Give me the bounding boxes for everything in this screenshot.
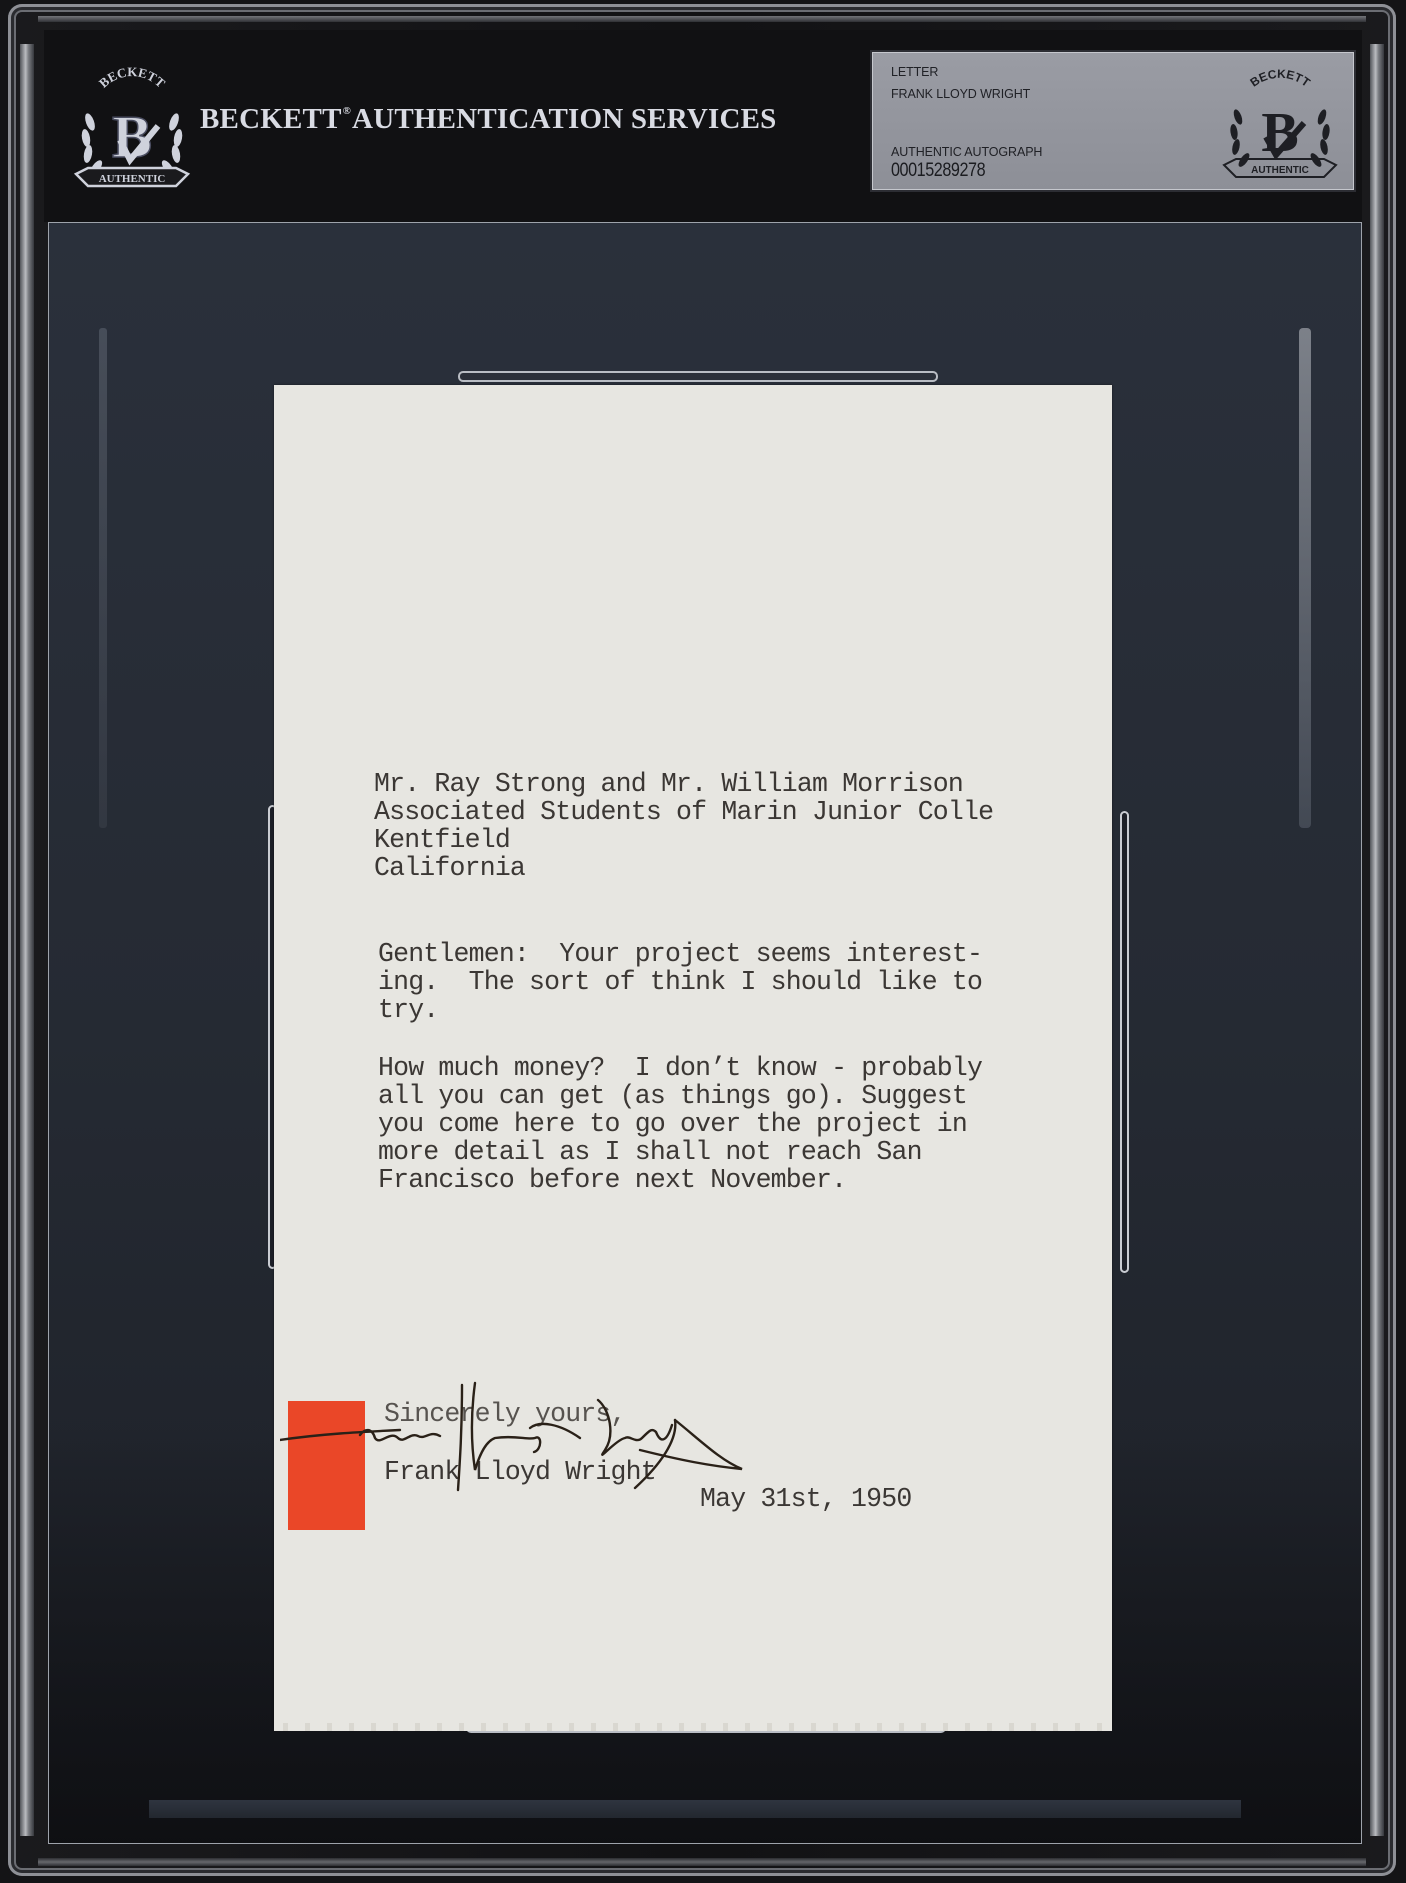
address-line: Kentfield xyxy=(374,826,993,854)
reflection xyxy=(149,1800,1241,1818)
svg-text:BECKETT: BECKETT xyxy=(96,64,168,91)
holder-clip-top xyxy=(458,371,938,382)
brand-title: BECKETT®AUTHENTICATION SERVICES xyxy=(200,103,777,136)
paragraph-2: How much money? I don’t know - probablya… xyxy=(378,1054,982,1194)
paragraph-line: How much money? I don’t know - probably xyxy=(378,1054,982,1082)
autograph-signature: Frank Lloyd Wright xyxy=(280,1380,860,1520)
subject-name: FRANK LLOYD WRIGHT xyxy=(891,87,1030,101)
brand-name: BECKETT xyxy=(200,103,342,135)
paragraph-line: Francisco before next November. xyxy=(378,1166,982,1194)
registered-mark: ® xyxy=(343,105,351,117)
paragraph-line: you come here to go over the project in xyxy=(378,1110,982,1138)
svg-text:BECKETT: BECKETT xyxy=(1247,67,1313,90)
beckett-authentic-logo-icon: BECKETT B AUTHENTIC xyxy=(68,62,196,192)
paragraph-line: more detail as I shall not reach San xyxy=(378,1138,982,1166)
paragraph-line: try. xyxy=(378,996,982,1024)
recipient-address: Mr. Ray Strong and Mr. William MorrisonA… xyxy=(374,770,993,882)
brand-suffix: AUTHENTICATION SERVICES xyxy=(352,103,776,135)
address-line: Mr. Ray Strong and Mr. William Morrison xyxy=(374,770,993,798)
beckett-label-logo-icon: BECKETT B AUTHENTIC xyxy=(1218,65,1342,183)
address-line: California xyxy=(374,854,993,882)
paragraph-line: Gentlemen: Your project seems interest- xyxy=(378,940,982,968)
svg-text:AUTHENTIC: AUTHENTIC xyxy=(1251,165,1309,176)
paragraph-line: ing. The sort of think I should like to xyxy=(378,968,982,996)
reflection xyxy=(1299,328,1311,828)
slab-bottom-edge xyxy=(38,1858,1366,1866)
reflection xyxy=(99,328,107,828)
address-line: Associated Students of Marin Junior Coll… xyxy=(374,798,993,826)
item-type: LETTER xyxy=(891,65,938,79)
svg-text:AUTHENTIC: AUTHENTIC xyxy=(99,173,166,185)
paragraph-line: all you can get (as things go). Suggest xyxy=(378,1082,982,1110)
grade-text: AUTHENTIC AUTOGRAPH xyxy=(891,145,1042,159)
slab-left-edge xyxy=(20,44,34,1836)
slab-top-edge xyxy=(38,16,1366,22)
paragraph-1: Gentlemen: Your project seems interest-i… xyxy=(378,940,982,1024)
holder-clip-right xyxy=(1120,811,1129,1273)
slab-right-edge xyxy=(1370,44,1384,1836)
serial-number: 00015289278 xyxy=(891,160,985,182)
certification-label: LETTER FRANK LLOYD WRIGHT AUTHENTIC AUTO… xyxy=(872,52,1354,190)
